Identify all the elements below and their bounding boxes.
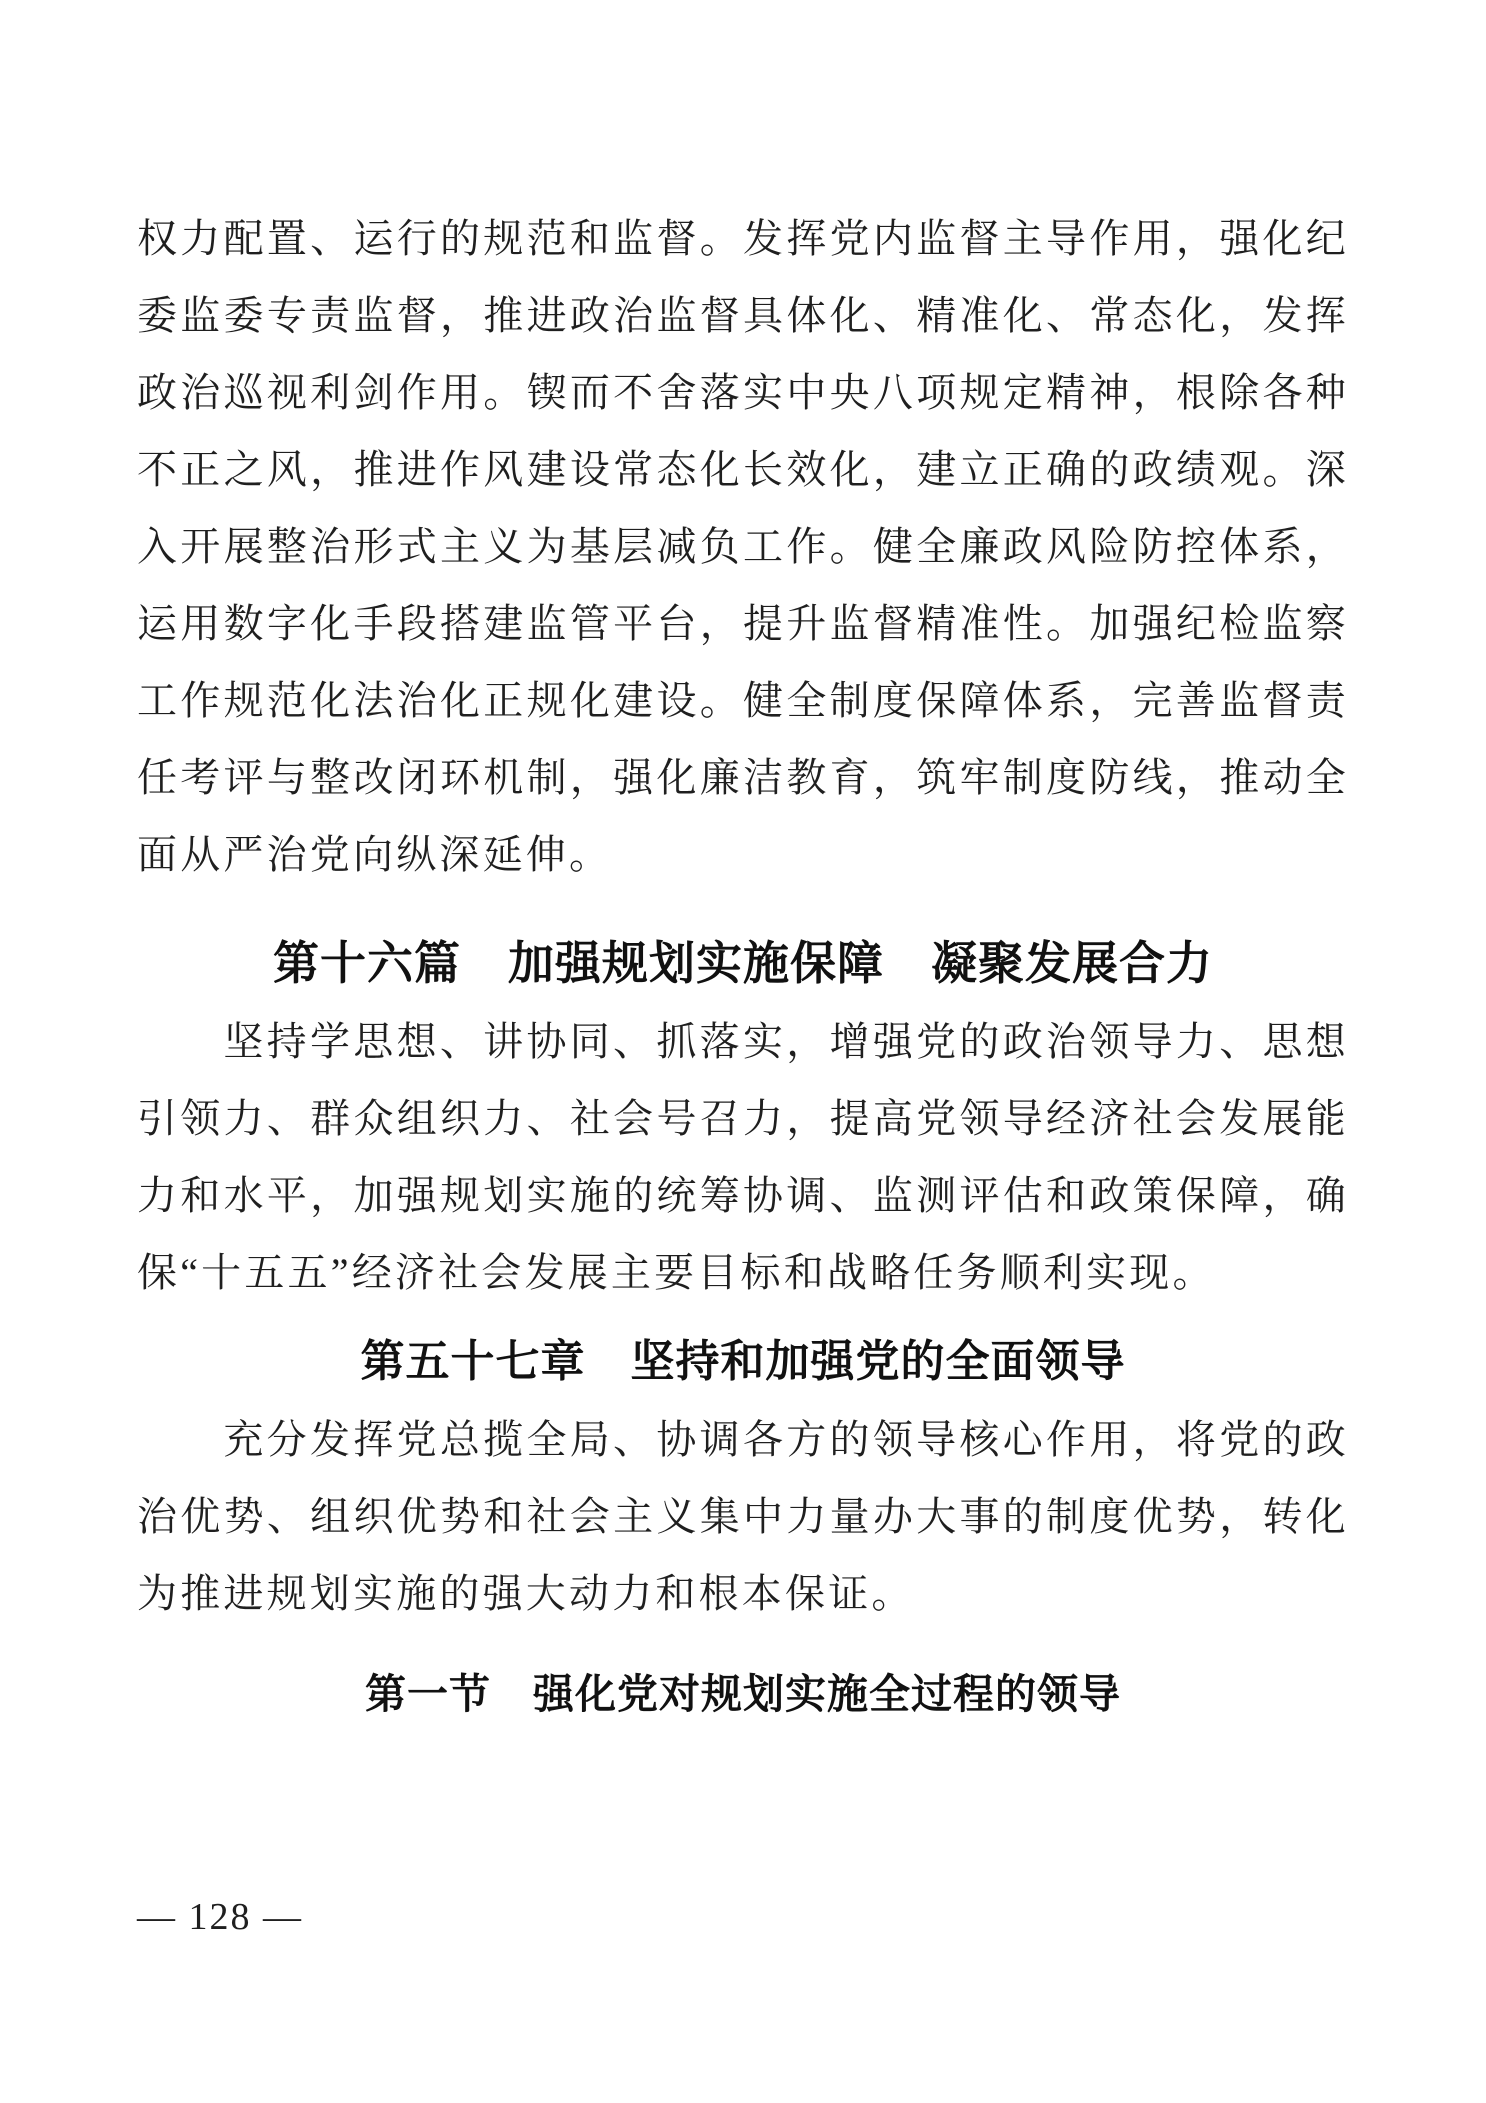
text-block: 权力配置、运行的规范和监督。发挥党内监督主导作用，强化纪委监委专责监督，推进政治…	[137, 0, 1349, 1732]
document-page: 权力配置、运行的规范和监督。发挥党内监督主导作用，强化纪委监委专责监督，推进政治…	[0, 0, 1486, 2103]
chapter-intro-paragraph: 充分发挥党总揽全局、协调各方的领导核心作用，将党的政治优势、组织优势和社会主义集…	[137, 1401, 1349, 1632]
page-number: — 128 —	[137, 1893, 303, 1941]
paragraph-continuation: 权力配置、运行的规范和监督。发挥党内监督主导作用，强化纪委监委专责监督，推进政治…	[137, 200, 1349, 893]
chapter-heading: 第五十七章 坚持和加强党的全面领导	[137, 1323, 1349, 1401]
part-intro-paragraph: 坚持学思想、讲协同、抓落实，增强党的政治领导力、思想引领力、群众组织力、社会号召…	[137, 1003, 1349, 1311]
part-heading: 第十六篇 加强规划实施保障 凝聚发展合力	[137, 923, 1349, 1003]
section-heading: 第一节 强化党对规划实施全过程的领导	[137, 1656, 1349, 1732]
